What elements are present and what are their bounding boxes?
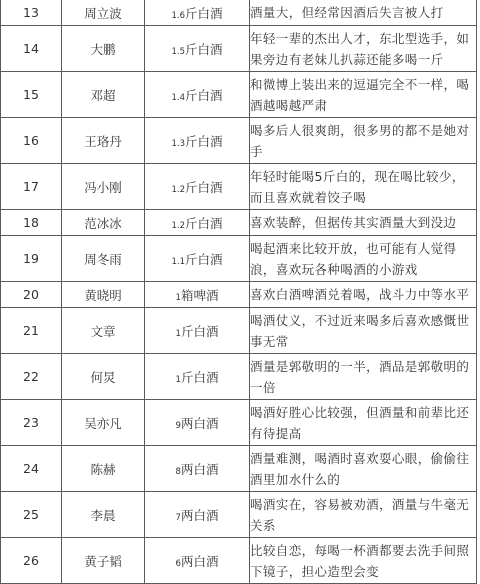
amount-cell: 1箱啤酒	[145, 282, 250, 308]
rank-cell: 22	[1, 354, 62, 400]
amount-cell: 8两白酒	[145, 446, 250, 492]
amount-cell: 1斤白酒	[145, 354, 250, 400]
amount-number: 1.2	[171, 185, 185, 195]
description-cell: 酒量大，但经常因酒后失言被人打	[250, 0, 477, 26]
name-cell: 邓超	[62, 72, 145, 118]
name-cell: 冯小刚	[62, 164, 145, 210]
rank-cell: 16	[1, 118, 62, 164]
name-cell: 李晨	[62, 492, 145, 538]
description-cell: 喝多后人很爽朗，很多男的都不是她对手	[250, 118, 477, 164]
table-row: 26 黄子韬 6两白酒 比较自恋，每喝一杯酒都要去洗手间照下镜子，担心造型会变	[1, 538, 477, 570]
rank-cell: 20	[1, 282, 62, 308]
table-row: 24 陈赫 8两白酒 酒量难测，喝酒时喜欢耍心眼，偷偷往酒里加水什么的	[1, 446, 477, 492]
amount-number: 1.3	[171, 139, 185, 149]
table-row: 15 邓超 1.4斤白酒 和微博上装出来的逗逼完全不一样，喝酒越喝越严肃	[1, 72, 477, 118]
rank-cell: 21	[1, 308, 62, 354]
description-cell: 喝起酒来比较开放，也可能有人觉得浪，喜欢玩各种喝酒的小游戏	[250, 236, 477, 282]
amount-cell: 1.6斤白酒	[145, 0, 250, 26]
amount-unit: 斤白酒	[181, 370, 219, 385]
table-row: 21 文章 1斤白酒 喝酒仗义，不过近来喝多后喜欢感慨世事无常	[1, 308, 477, 354]
rank-cell: 13	[1, 0, 62, 26]
amount-unit: 两白酒	[181, 554, 219, 569]
amount-cell: 1.2斤白酒	[145, 210, 250, 236]
rank-cell: 18	[1, 210, 62, 236]
description-cell: 喝酒仗义，不过近来喝多后喜欢感慨世事无常	[250, 308, 477, 354]
rank-cell: 14	[1, 26, 62, 72]
name-cell: 黄子韬	[62, 538, 145, 570]
name-cell: 周冬雨	[62, 236, 145, 282]
description-cell: 喜欢白酒啤酒兑着喝，战斗力中等水平	[250, 282, 477, 308]
name-cell: 何炅	[62, 354, 145, 400]
amount-cell: 1.1斤白酒	[145, 236, 250, 282]
amount-cell: 1.2斤白酒	[145, 164, 250, 210]
amount-cell: 9两白酒	[145, 400, 250, 446]
table-row: 13 周立波 1.6斤白酒 酒量大，但经常因酒后失言被人打	[1, 0, 477, 26]
amount-unit: 斤白酒	[185, 134, 223, 149]
amount-number: 1.2	[171, 221, 185, 231]
name-cell: 王珞丹	[62, 118, 145, 164]
name-cell: 大鹏	[62, 26, 145, 72]
amount-unit: 两白酒	[181, 462, 219, 477]
rank-cell: 24	[1, 446, 62, 492]
description-cell: 酒量难测，喝酒时喜欢耍心眼，偷偷往酒里加水什么的	[250, 446, 477, 492]
table-row: 20 黄晓明 1箱啤酒 喜欢白酒啤酒兑着喝，战斗力中等水平	[1, 282, 477, 308]
description-cell: 和微博上装出来的逗逼完全不一样，喝酒越喝越严肃	[250, 72, 477, 118]
amount-unit: 箱啤酒	[181, 288, 219, 303]
description-cell: 喝酒实在，容易被劝酒，酒量与牛毫无关系	[250, 492, 477, 538]
description-cell: 比较自恋，每喝一杯酒都要去洗手间照下镜子，担心造型会变	[250, 538, 477, 570]
amount-unit: 斤白酒	[185, 180, 223, 195]
amount-cell: 1.5斤白酒	[145, 26, 250, 72]
name-cell: 周立波	[62, 0, 145, 26]
amount-number: 1.4	[171, 93, 185, 103]
description-cell: 酒量是郭敬明的一半，酒品是郭敬明的一倍	[250, 354, 477, 400]
description-cell: 喜欢装醉，但据传其实酒量大到没边	[250, 210, 477, 236]
rank-cell: 17	[1, 164, 62, 210]
rank-cell: 25	[1, 492, 62, 538]
rank-cell: 19	[1, 236, 62, 282]
amount-unit: 斤白酒	[185, 42, 223, 57]
table-row: 14 大鹏 1.5斤白酒 年轻一辈的杰出人才，东北型选手，如果旁边有老妹儿扒蒜还…	[1, 26, 477, 72]
amount-cell: 7两白酒	[145, 492, 250, 538]
amount-unit: 两白酒	[181, 508, 219, 523]
table-row: 18 范冰冰 1.2斤白酒 喜欢装醉，但据传其实酒量大到没边	[1, 210, 477, 236]
table-row: 16 王珞丹 1.3斤白酒 喝多后人很爽朗，很多男的都不是她对手	[1, 118, 477, 164]
amount-unit: 斤白酒	[185, 88, 223, 103]
rank-cell: 15	[1, 72, 62, 118]
amount-unit: 斤白酒	[185, 252, 223, 267]
amount-cell: 6两白酒	[145, 538, 250, 570]
amount-unit: 斤白酒	[185, 6, 223, 21]
amount-cell: 1.3斤白酒	[145, 118, 250, 164]
name-cell: 陈赫	[62, 446, 145, 492]
amount-unit: 斤白酒	[185, 216, 223, 231]
amount-unit: 两白酒	[181, 416, 219, 431]
description-cell: 年轻一辈的杰出人才，东北型选手，如果旁边有老妹儿扒蒜还能多喝一斤	[250, 26, 477, 72]
name-cell: 范冰冰	[62, 210, 145, 236]
rank-cell: 26	[1, 538, 62, 570]
amount-number: 1.6	[171, 11, 185, 21]
name-cell: 文章	[62, 308, 145, 354]
table-row: 17 冯小刚 1.2斤白酒 年轻时能喝5斤白的，现在喝比较少，而且喜欢就着饺子喝	[1, 164, 477, 210]
celebrity-drinking-table: 13 周立波 1.6斤白酒 酒量大，但经常因酒后失言被人打 14 大鹏 1.5斤…	[0, 0, 477, 569]
amount-number: 1.5	[171, 47, 185, 57]
description-cell: 喝酒好胜心比较强，但酒量和前辈比还有待提高	[250, 400, 477, 446]
table-row: 19 周冬雨 1.1斤白酒 喝起酒来比较开放，也可能有人觉得浪，喜欢玩各种喝酒的…	[1, 236, 477, 282]
table-row: 25 李晨 7两白酒 喝酒实在，容易被劝酒，酒量与牛毫无关系	[1, 492, 477, 538]
name-cell: 吴亦凡	[62, 400, 145, 446]
rank-cell: 23	[1, 400, 62, 446]
table-row: 22 何炅 1斤白酒 酒量是郭敬明的一半，酒品是郭敬明的一倍	[1, 354, 477, 400]
name-cell: 黄晓明	[62, 282, 145, 308]
description-cell: 年轻时能喝5斤白的，现在喝比较少，而且喜欢就着饺子喝	[250, 164, 477, 210]
amount-cell: 1斤白酒	[145, 308, 250, 354]
amount-number: 1.1	[171, 257, 185, 267]
amount-unit: 斤白酒	[181, 324, 219, 339]
amount-cell: 1.4斤白酒	[145, 72, 250, 118]
table-row: 23 吴亦凡 9两白酒 喝酒好胜心比较强，但酒量和前辈比还有待提高	[1, 400, 477, 446]
